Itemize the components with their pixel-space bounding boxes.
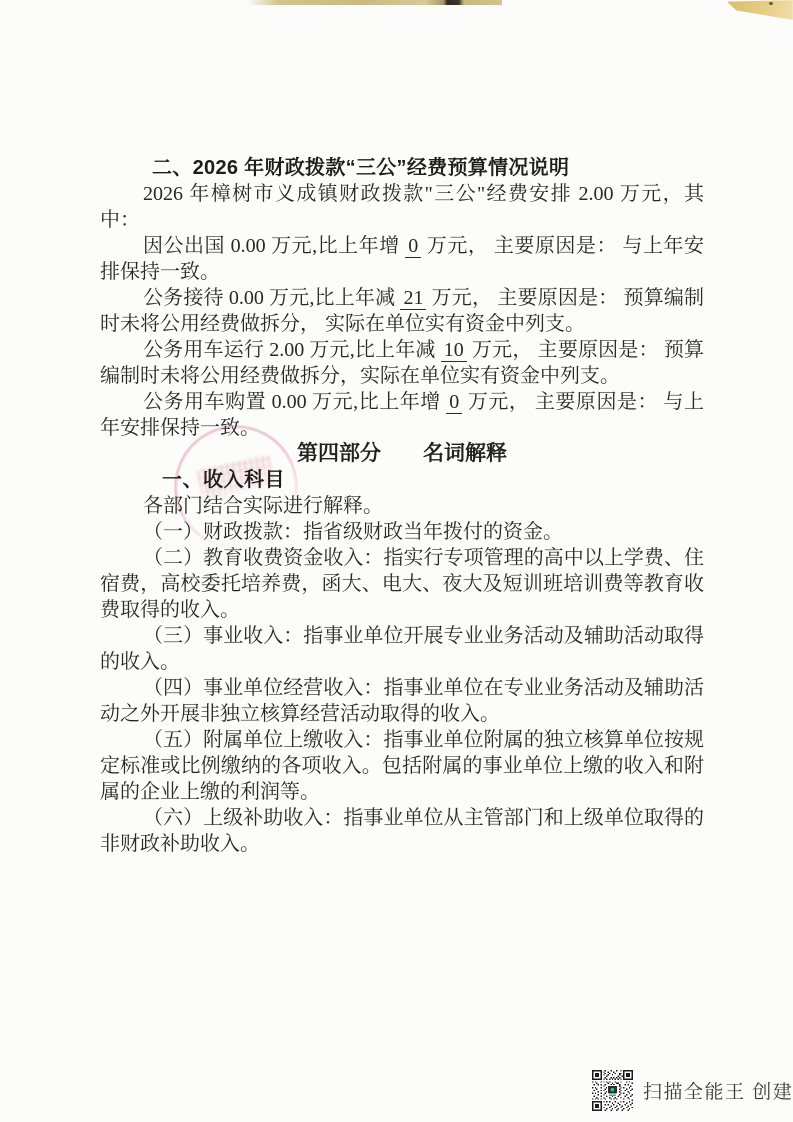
definition-paragraph-1: （一）财政拨款：指省级财政当年拨付的资金。 bbox=[100, 519, 704, 545]
item-text-pre: 公务用车运行 2.00 万元,比上年减 bbox=[143, 339, 436, 361]
income-subjects-heading: 一、收入科目 bbox=[100, 467, 704, 493]
item-text-pre: 因公出国 0.00 万元,比上年增 bbox=[143, 235, 400, 257]
item-delta-underlined: 0 bbox=[405, 235, 421, 258]
scan-artifact-corner-dot bbox=[769, 2, 773, 5]
scan-artifact-top-strip bbox=[248, 0, 502, 5]
three-public-section-heading: 二、2026 年财政拨款“三公”经费预算情况说明 bbox=[100, 155, 704, 181]
scanner-credit-label: 扫描全能王 创建 bbox=[643, 1077, 793, 1104]
definition-paragraph-4: （四）事业单位经营收入：指事业单位在专业业务活动及辅助活动之外开展非独立核算经营… bbox=[100, 675, 704, 727]
definition-paragraph-2: （二）教育收费资金收入：指实行专项管理的高中以上学费、住宿费，高校委托培养费，函… bbox=[100, 545, 704, 623]
item-text-pre: 公务接待 0.00 万元,比上年减 bbox=[143, 287, 395, 309]
definition-paragraph-5: （五）附属单位上缴收入：指事业单位附属的独立核算单位按规定标准或比例缴纳的各项收… bbox=[100, 727, 704, 805]
part-four-heading: 第四部分名词解释 bbox=[100, 441, 704, 467]
item-text-pre: 公务用车购置 0.00 万元,比上年增 bbox=[143, 391, 441, 413]
budget-item-abroad-paragraph: 因公出国 0.00 万元,比上年增 0 万元， 主要原因是： 与上年安排保持一致… bbox=[100, 233, 704, 285]
budget-item-reception-paragraph: 公务接待 0.00 万元,比上年减 21 万元， 主要原因是： 预算编制时未将公… bbox=[100, 285, 704, 337]
part-four-heading-title: 名词解释 bbox=[423, 442, 507, 465]
scan-artifact-corner-wedge bbox=[727, 0, 793, 20]
item-delta-underlined: 10 bbox=[441, 339, 467, 362]
definition-paragraph-3: （三）事业收入：指事业单位开展专业业务活动及辅助活动取得的收入。 bbox=[100, 623, 704, 675]
income-intro-paragraph: 各部门结合实际进行解释。 bbox=[100, 493, 704, 519]
item-delta-underlined: 0 bbox=[446, 391, 462, 414]
scanner-credit-footer: 扫描全能王 创建 bbox=[592, 1070, 793, 1111]
definition-paragraph-6: （六）上级补助收入：指事业单位从主管部门和上级单位取得的非财政补助收入。 bbox=[100, 805, 704, 857]
item-delta-underlined: 21 bbox=[400, 287, 426, 310]
budget-item-vehicle-operation-paragraph: 公务用车运行 2.00 万元,比上年减 10 万元， 主要原因是： 预算编制时未… bbox=[100, 337, 704, 389]
three-public-intro-paragraph: 2026 年樟树市义成镇财政拨款"三公"经费安排 2.00 万元，其中： bbox=[100, 181, 704, 233]
document-body: 二、2026 年财政拨款“三公”经费预算情况说明 2026 年樟树市义成镇财政拨… bbox=[100, 155, 704, 857]
part-four-heading-number: 第四部分 bbox=[297, 442, 381, 465]
qr-code-icon bbox=[592, 1070, 633, 1111]
budget-item-vehicle-purchase-paragraph: 公务用车购置 0.00 万元,比上年增 0 万元， 主要原因是： 与上年安排保持… bbox=[100, 389, 704, 441]
scanned-document-page: 二、2026 年财政拨款“三公”经费预算情况说明 2026 年樟树市义成镇财政拨… bbox=[0, 0, 793, 1122]
